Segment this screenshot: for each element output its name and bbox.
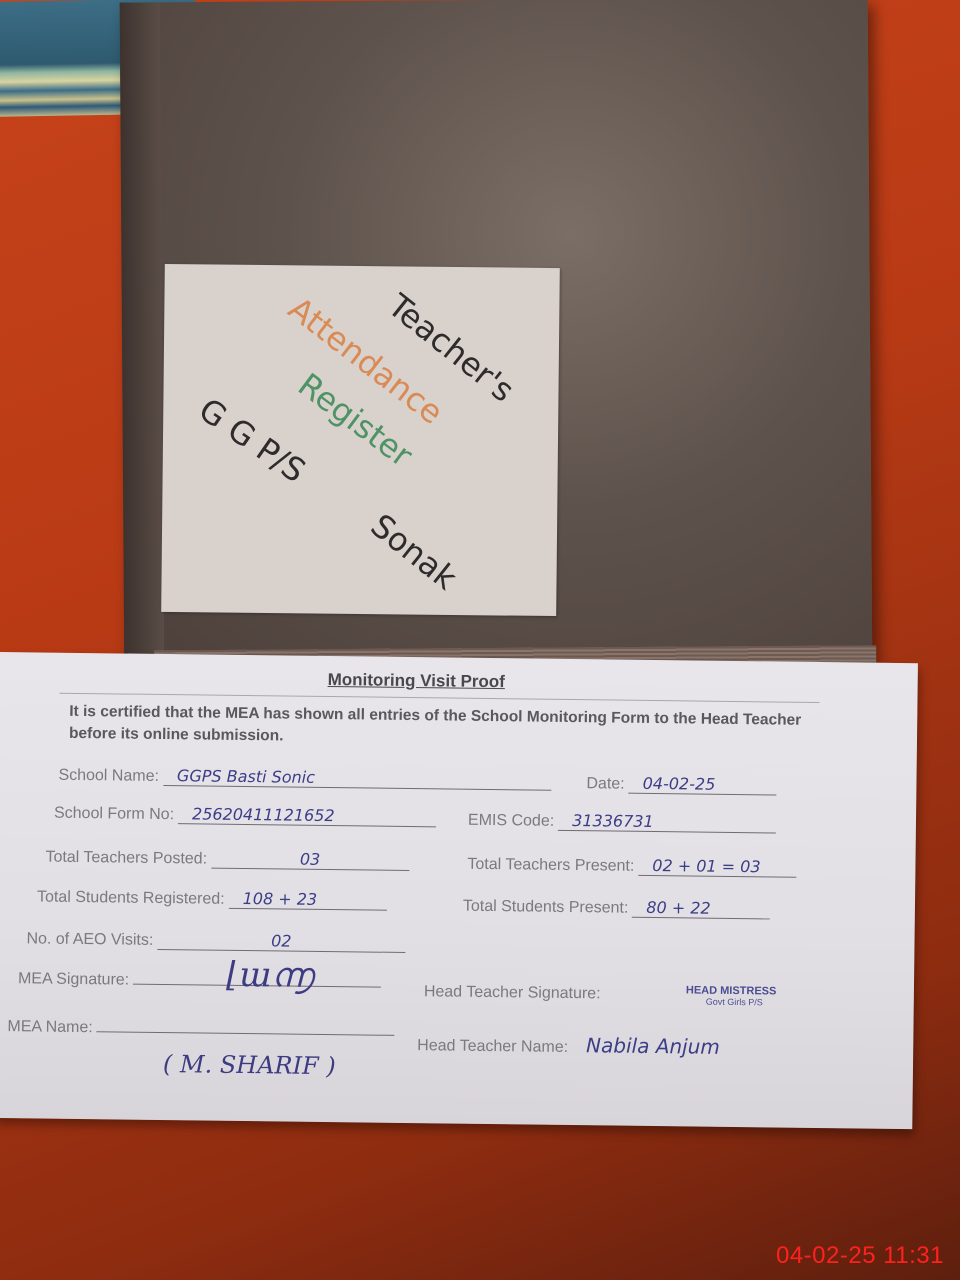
total-teachers-present-label: Total Teachers Present: [467,856,634,875]
register-cover-label: Teacher's Attendance Register G G P/S So… [161,264,560,616]
school-name-field: School Name:GGPS Basti Sonic [58,765,551,791]
monitoring-visit-proof-form: Monitoring Visit Proof It is certified t… [0,652,918,1129]
school-name-value: GGPS Basti Sonic [163,766,551,791]
stamp-line1: HEAD MISTRESS [686,984,777,997]
aeo-visits-value: 02 [157,930,405,953]
total-teachers-posted-value: 03 [211,849,409,871]
date-field: Date:04-02-25 [586,773,776,795]
school-name-label: School Name: [58,767,159,785]
school-form-no-field: School Form No:25620411121652 [54,803,436,828]
label-town: Sonak [364,506,465,597]
total-teachers-present-value: 02 + 01 = 03 [638,856,796,878]
emis-code-field: EMIS Code:31336731 [468,810,776,834]
mea-signature-scribble: ⌊ɯ൬ [226,955,313,996]
total-students-registered-field: Total Students Registered:108 + 23 [37,886,387,910]
mea-signature-label: MEA Signature: [18,970,129,988]
aeo-visits-field: No. of AEO Visits:02 [26,928,405,953]
total-students-present-field: Total Students Present:80 + 22 [463,896,771,920]
mea-name-field: MEA Name: [7,1018,395,1041]
total-students-present-value: 80 + 22 [632,898,770,920]
head-mistress-stamp: HEAD MISTRESS Govt Girls P/S [686,984,777,1007]
total-students-present-label: Total Students Present: [463,898,629,917]
school-form-no-label: School Form No: [54,805,174,823]
head-teacher-name-field: Head Teacher Name:Nabila Anjum [417,1031,800,1060]
school-form-no-value: 25620411121652 [178,804,436,827]
total-students-registered-value: 108 + 23 [229,889,387,911]
total-teachers-posted-label: Total Teachers Posted: [45,849,207,868]
mea-name-value: ( M. SHARIF ) [163,1050,336,1080]
certification-text: It is certified that the MEA has shown a… [69,701,829,754]
register-spine [120,2,165,670]
aeo-visits-label: No. of AEO Visits: [26,930,153,949]
mea-signature-field: MEA Signature: [18,970,381,992]
date-value: 04-02-25 [629,774,777,796]
head-teacher-name-value: Nabila Anjum [572,1033,800,1060]
label-school: G G P/S [192,390,313,490]
form-title: Monitoring Visit Proof [328,670,505,692]
stamp-line2: Govt Girls P/S [706,997,777,1008]
mea-name-line [97,1031,395,1036]
emis-code-value: 31336731 [558,811,776,834]
head-teacher-name-label: Head Teacher Name: [417,1037,568,1056]
total-teachers-posted-field: Total Teachers Posted:03 [45,847,409,871]
emis-code-label: EMIS Code: [468,812,554,830]
camera-timestamp: 04-02-25 11:31 [776,1242,944,1270]
mea-name-label: MEA Name: [7,1018,93,1036]
total-teachers-present-field: Total Teachers Present:02 + 01 = 03 [467,854,796,878]
total-students-registered-label: Total Students Registered: [37,888,225,907]
head-teacher-signature-label: Head Teacher Signature: [424,983,601,1002]
head-teacher-signature-field: Head Teacher Signature: [424,983,601,1003]
date-label: Date: [586,775,624,792]
